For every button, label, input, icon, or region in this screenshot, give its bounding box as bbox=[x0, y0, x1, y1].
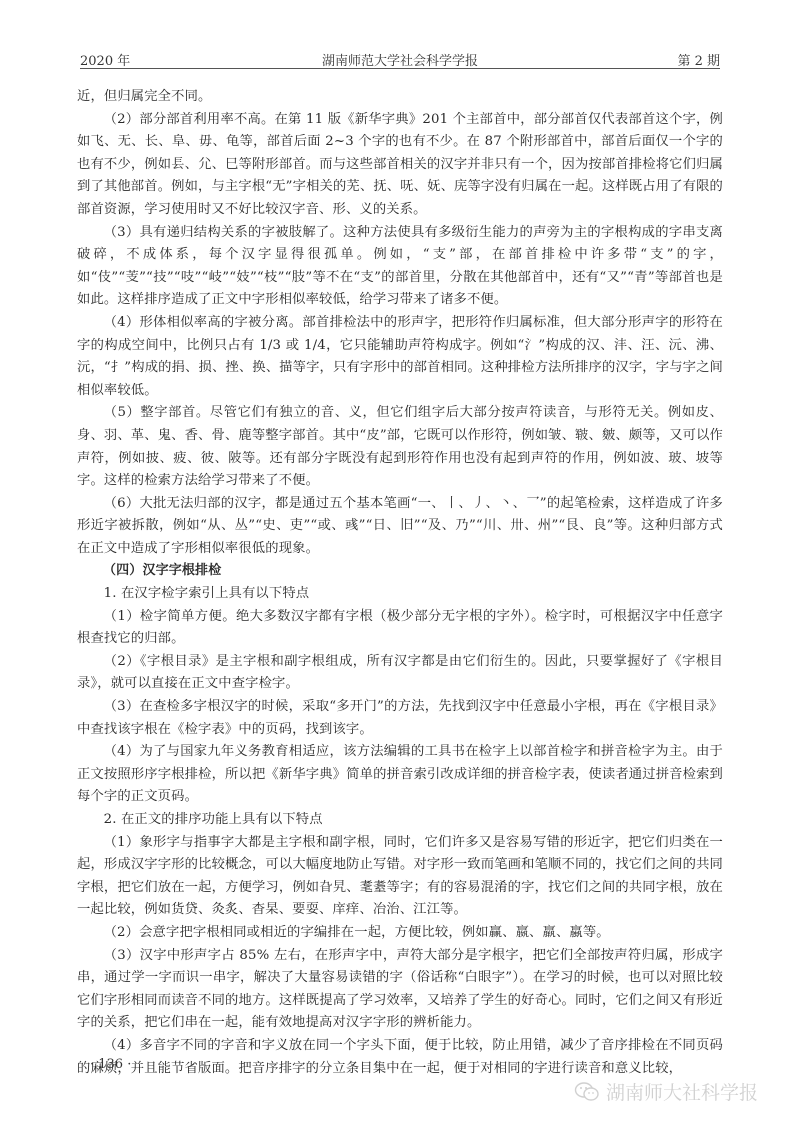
watermark-text: 湖南师大社科学报 bbox=[606, 1078, 758, 1105]
paragraph: （1）检字简单方便。绝大多数汉字都有字根（极少部分无字根的字外）。检字时，可根据… bbox=[77, 606, 723, 651]
header-rule bbox=[80, 68, 720, 69]
paragraph-continued: 近，但归属完全不同。 bbox=[77, 86, 723, 109]
section-heading: （四）汉字字根排检 bbox=[77, 560, 723, 583]
paragraph: （1）象形字与指事字大都是主字根和副字根，同时，它们许多又是容易写错的形近字，把… bbox=[77, 832, 723, 922]
subsection-heading: 1. 在汉字检字索引上具有以下特点 bbox=[77, 583, 723, 606]
paragraph: （3）汉字中形声字占 85% 左右，在形声字中，声符大部分是字根字，把它们全部按… bbox=[77, 945, 723, 1035]
paragraph: （5）整字部首。尽管它们有独立的音、义，但它们组字后大部分按声符读音，与形符无关… bbox=[77, 402, 723, 492]
paragraph: （4）形体相似率高的字被分离。部首排检法中的形声字，把形符作归属标准，但大部分形… bbox=[77, 312, 723, 402]
article-body: 近，但归属完全不同。 （2）部分部首利用率不高。在第 11 版《新华字典》201… bbox=[77, 86, 723, 1080]
running-header: 2020 年 湖南师范大学社会科学学报 第 2 期 bbox=[80, 46, 720, 68]
paragraph: （6）大批无法归部的汉字，都是通过五个基本笔画“一、丨、丿、丶、乛”的起笔检索，… bbox=[77, 493, 723, 561]
paragraph: （3）在查检多字根汉字的时候，采取“多开门”的方法，先找到汉字中任意最小字根，再… bbox=[77, 696, 723, 741]
paragraph: （4）多音字不同的字音和字义放在同一个字头下面，便于比较，防止用错，减少了音序排… bbox=[77, 1035, 723, 1080]
paragraph: （2）部分部首利用率不高。在第 11 版《新华字典》201 个主部首中，部分部首… bbox=[77, 109, 723, 222]
paragraph: （2）《字根目录》是主字根和副字根组成，所有汉字都是由它们衍生的。因此，只要掌握… bbox=[77, 651, 723, 696]
paragraph: （2）会意字把字根相同或相近的字编排在一起，方便比较，例如赢、嬴、羸、蠃等。 bbox=[77, 922, 723, 945]
paragraph: （3）具有递归结构关系的字被肢解了。这种方法使具有多级衍生能力的声旁为主的字根构… bbox=[77, 222, 723, 312]
wechat-icon bbox=[574, 1081, 600, 1103]
subsection-heading: 2. 在正文的排序功能上具有以下特点 bbox=[77, 809, 723, 832]
watermark: 湖南师大社科学报 bbox=[574, 1078, 758, 1105]
paragraph: （4）为了与国家九年义务教育相适应，该方法编辑的工具书在检字上以部首检字和拼音检… bbox=[77, 741, 723, 809]
header-journal-title: 湖南师范大学社会科学学报 bbox=[80, 50, 720, 69]
page-number: · 136 · bbox=[90, 1057, 131, 1072]
header-issue: 第 2 期 bbox=[677, 50, 720, 69]
